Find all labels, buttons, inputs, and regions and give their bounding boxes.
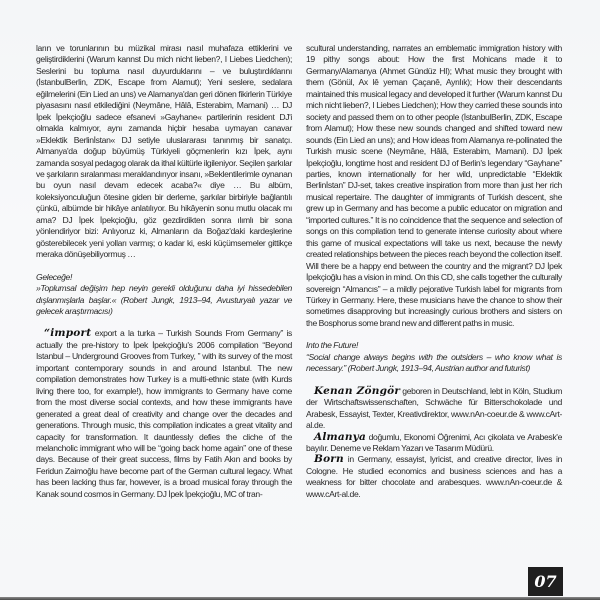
english-quote-title: Into the Future! bbox=[306, 340, 562, 351]
english-body-text-content: export a la turka – Turkish Sounds From … bbox=[36, 328, 292, 498]
bio-english: Born in Germany, essayist, lyricist, and… bbox=[306, 454, 562, 500]
turkish-quote-title: Geleceğe! bbox=[36, 272, 292, 283]
bio-english-text: in Germany, essayist, lyricist, and crea… bbox=[306, 454, 562, 498]
bio-german-lead: Kenan Zöngör bbox=[314, 385, 400, 397]
bio-turkish-lead: Almanya bbox=[314, 431, 366, 443]
import-lead-word: “import bbox=[44, 327, 91, 339]
left-column: ların ve torunlarının bu müzikal mirası … bbox=[36, 43, 292, 500]
english-quote: Into the Future! “Social change always b… bbox=[306, 340, 562, 374]
english-body-text: “import export a la turka – Turkish Soun… bbox=[36, 328, 292, 500]
turkish-quote: Geleceğe! »Toplumsal değişim hep neyin g… bbox=[36, 272, 292, 318]
bio-german: Kenan Zöngör geboren in Deutschland, leb… bbox=[306, 386, 562, 432]
right-column: scultural understanding, narrates an emb… bbox=[306, 43, 562, 500]
bio-turkish: Almanya doğumlu, Ekonomi Öğrenimi, Acı ç… bbox=[306, 432, 562, 455]
author-bio: Kenan Zöngör geboren in Deutschland, leb… bbox=[306, 386, 562, 501]
bio-english-lead: Born bbox=[314, 453, 344, 465]
turkish-quote-text: »Toplumsal değişim hep neyin gerekli old… bbox=[36, 283, 292, 316]
english-body-text-continued: scultural understanding, narrates an emb… bbox=[306, 43, 562, 329]
english-quote-text: “Social change always begins with the ou… bbox=[306, 352, 562, 373]
page-number: 07 bbox=[528, 567, 563, 596]
turkish-body-text: ların ve torunlarının bu müzikal mirası … bbox=[36, 43, 292, 261]
booklet-page: ların ve torunlarının bu müzikal mirası … bbox=[0, 0, 600, 600]
